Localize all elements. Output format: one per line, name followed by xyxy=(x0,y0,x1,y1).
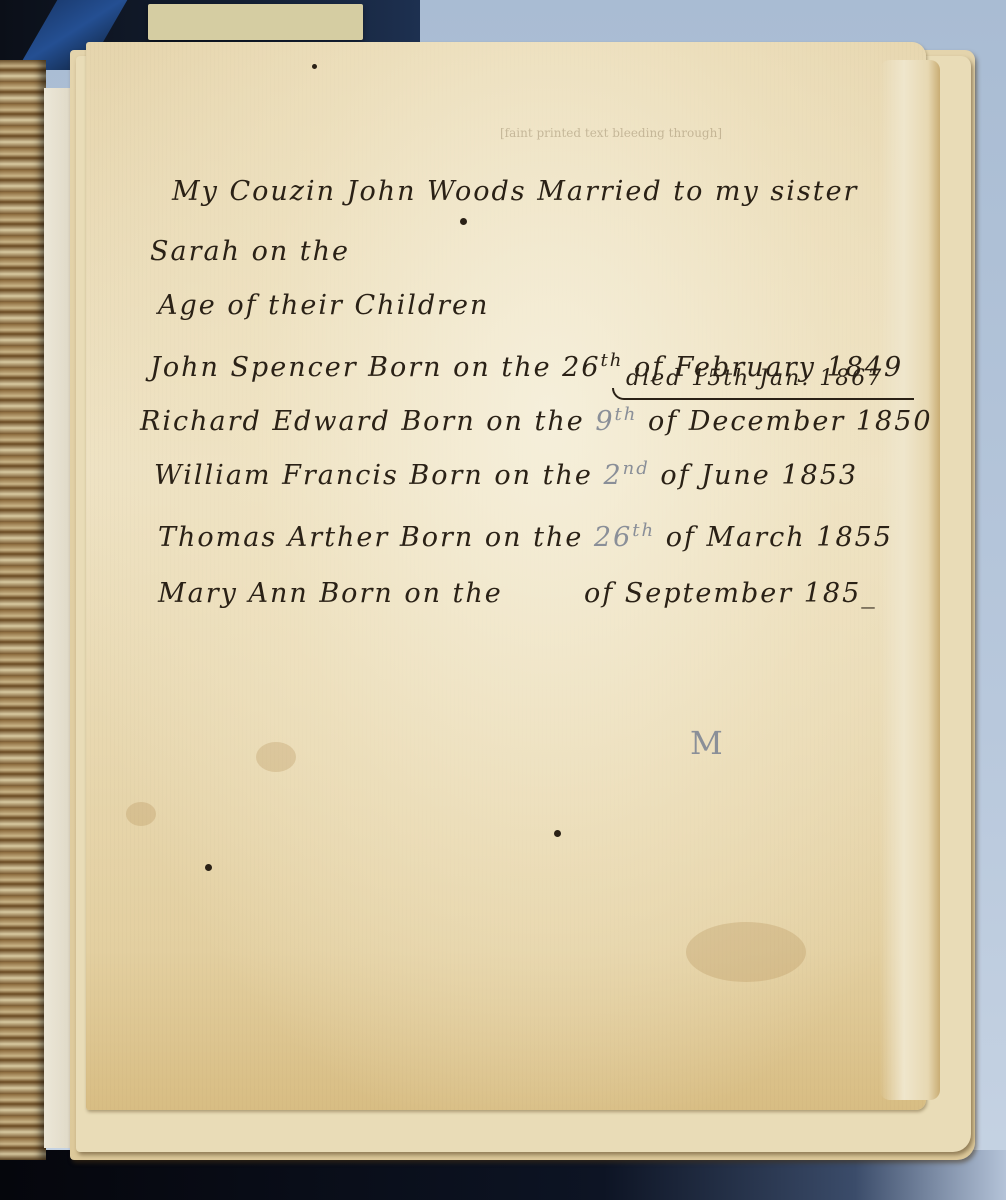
ordinal: th xyxy=(632,520,655,541)
entry-mary-ann: Mary Ann Born on the of September 185_ xyxy=(158,578,877,609)
pencil-day: 2 xyxy=(603,460,622,491)
entry-text: William Francis Born on the xyxy=(154,460,593,491)
ink-spot xyxy=(460,218,467,225)
stain xyxy=(126,802,156,826)
bracket-underline xyxy=(612,388,914,400)
entry-date: of September 185_ xyxy=(584,578,877,609)
entry-richard-edward: Richard Edward Born on the 9th of Decemb… xyxy=(140,404,933,437)
line-children-heading: Age of their Children xyxy=(158,290,489,321)
entry-date: of June 1853 xyxy=(660,460,858,491)
entry-text: Mary Ann Born on the xyxy=(158,578,503,609)
ink-spot xyxy=(312,64,317,69)
stain xyxy=(256,742,296,772)
entry-william-francis: William Francis Born on the 2nd of June … xyxy=(154,458,858,491)
entry-date: of December 1850 xyxy=(648,406,933,437)
pencil-day: 26 xyxy=(594,522,632,553)
entry-date: of March 1855 xyxy=(666,522,893,553)
torn-page-edge xyxy=(880,60,940,1100)
ordinal: nd xyxy=(623,458,650,479)
entry-text: Richard Edward Born on the xyxy=(140,406,585,437)
paper-tab xyxy=(148,4,363,40)
stain xyxy=(686,922,806,982)
pencil-mark: M xyxy=(690,724,725,762)
bleed-through-text: [faint printed text bleeding through] xyxy=(500,126,722,140)
ink-spot xyxy=(205,864,212,871)
entry-text: John Spencer Born on the 26 xyxy=(150,352,601,383)
ink-spot xyxy=(554,830,561,837)
entry-text: Thomas Arther Born on the xyxy=(158,522,583,553)
ordinal: th xyxy=(615,404,638,425)
book-spine xyxy=(0,60,46,1160)
ordinal: th xyxy=(601,350,624,371)
pencil-day: 9 xyxy=(595,406,614,437)
line-sarah: Sarah on the xyxy=(150,236,350,267)
entry-thomas-arther: Thomas Arther Born on the 26th of March … xyxy=(158,520,893,553)
line-marriage: My Couzin John Woods Married to my siste… xyxy=(172,176,858,207)
